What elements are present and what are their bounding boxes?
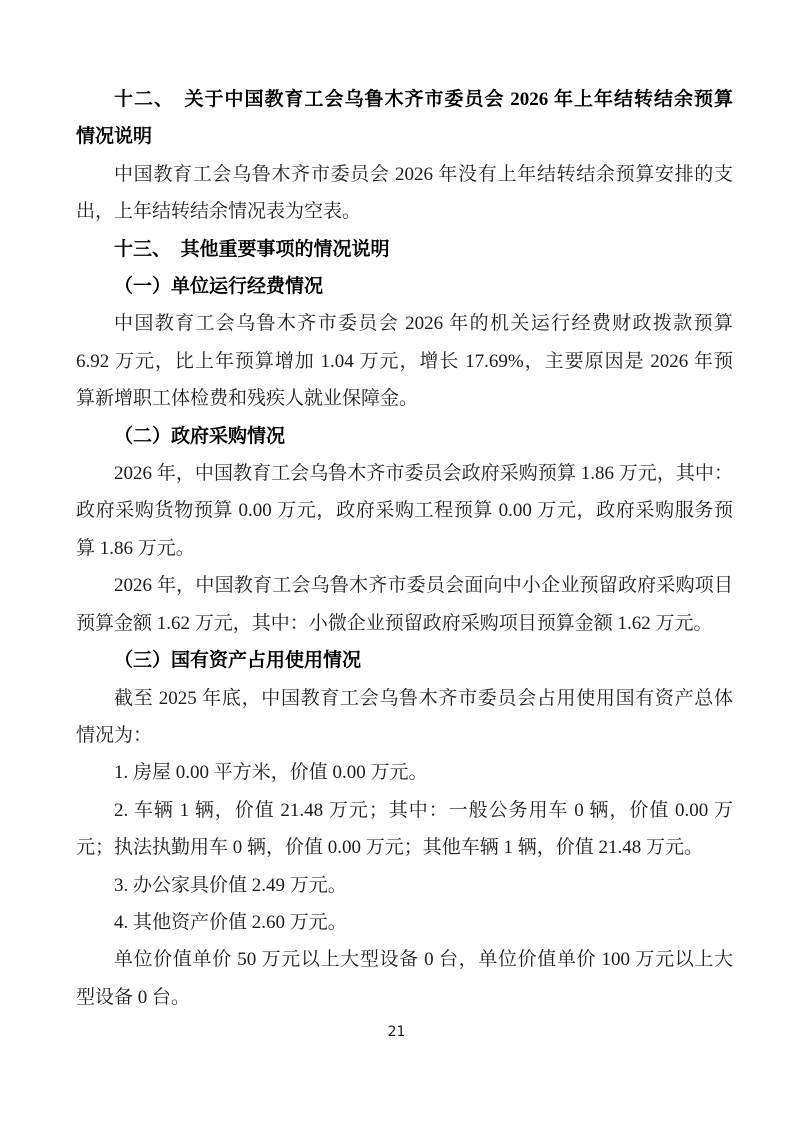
text-line: 4. 其他资产价值 2.60 万元。: [76, 904, 733, 941]
para-sme-reserved-procurement: 2026 年，中国教育工会乌鲁木齐市委员会面向中小企业预留政府采购项目 预算金额…: [76, 567, 733, 642]
text-line: 1. 房屋 0.00 平方米，价值 0.00 万元。: [76, 754, 733, 791]
text-line: 截至 2025 年底，中国教育工会乌鲁木齐市委员会占用使用国有资产总体: [76, 680, 733, 717]
text-line: 情况为：: [76, 717, 733, 754]
text-line: 元；执法执勤用车 0 辆，价值 0.00 万元；其他车辆 1 辆，价值 21.4…: [76, 829, 733, 866]
heading-sub-1-operating-funds: （一）单位运行经费情况: [76, 268, 733, 305]
page-footer: 21: [0, 1023, 793, 1041]
text-line: 中国教育工会乌鲁木齐市委员会 2026 年没有上年结转结余预算安排的支: [76, 156, 733, 193]
text-line: 单位价值单价 50 万元以上大型设备 0 台，单位价值单价 100 万元以上大: [76, 941, 733, 978]
text-line: 十三、 其他重要事项的情况说明: [76, 231, 733, 268]
text-line: 算新增职工体检费和残疾人就业保障金。: [76, 380, 733, 417]
para-gov-procurement-budget: 2026 年，中国教育工会乌鲁木齐市委员会政府采购预算 1.86 万元，其中： …: [76, 455, 733, 567]
para-carryover-statement: 中国教育工会乌鲁木齐市委员会 2026 年没有上年结转结余预算安排的支 出，上年…: [76, 156, 733, 231]
text-line: 政府采购货物预算 0.00 万元，政府采购工程预算 0.00 万元，政府采购服务…: [76, 492, 733, 529]
para-asset-2-vehicles: 2. 车辆 1 辆，价值 21.48 万元；其中：一般公务用车 0 辆，价值 0…: [76, 792, 733, 867]
text-line: （三）国有资产占用使用情况: [76, 642, 733, 679]
text-line: 情况说明: [76, 118, 733, 155]
text-line: （二）政府采购情况: [76, 418, 733, 455]
document-page: 十二、 关于中国教育工会乌鲁木齐市委员会 2026 年上年结转结余预算 情况说明…: [0, 0, 793, 1122]
para-state-assets-overview: 截至 2025 年底，中国教育工会乌鲁木齐市委员会占用使用国有资产总体 情况为：: [76, 680, 733, 755]
para-asset-4-other: 4. 其他资产价值 2.60 万元。: [76, 904, 733, 941]
text-line: 2. 车辆 1 辆，价值 21.48 万元；其中：一般公务用车 0 辆，价值 0…: [76, 792, 733, 829]
text-line: （一）单位运行经费情况: [76, 268, 733, 305]
heading-sub-2-gov-procurement: （二）政府采购情况: [76, 418, 733, 455]
heading-section-13: 十三、 其他重要事项的情况说明: [76, 231, 733, 268]
text-line: 算 1.86 万元。: [76, 530, 733, 567]
para-large-equipment: 单位价值单价 50 万元以上大型设备 0 台，单位价值单价 100 万元以上大 …: [76, 941, 733, 1016]
document-body: 十二、 关于中国教育工会乌鲁木齐市委员会 2026 年上年结转结余预算 情况说明…: [76, 81, 733, 1016]
text-line: 型设备 0 台。: [76, 979, 733, 1016]
text-line: 3. 办公家具价值 2.49 万元。: [76, 867, 733, 904]
para-asset-1-housing: 1. 房屋 0.00 平方米，价值 0.00 万元。: [76, 754, 733, 791]
text-line: 2026 年，中国教育工会乌鲁木齐市委员会面向中小企业预留政府采购项目: [76, 567, 733, 604]
para-asset-3-furniture: 3. 办公家具价值 2.49 万元。: [76, 867, 733, 904]
page-number: 21: [388, 1024, 406, 1040]
heading-section-12: 十二、 关于中国教育工会乌鲁木齐市委员会 2026 年上年结转结余预算 情况说明: [76, 81, 733, 156]
text-line: 6.92 万元，比上年预算增加 1.04 万元，增长 17.69%，主要原因是 …: [76, 343, 733, 380]
text-line: 2026 年，中国教育工会乌鲁木齐市委员会政府采购预算 1.86 万元，其中：: [76, 455, 733, 492]
heading-sub-3-state-assets: （三）国有资产占用使用情况: [76, 642, 733, 679]
text-line: 预算金额 1.62 万元，其中：小微企业预留政府采购项目预算金额 1.62 万元…: [76, 605, 733, 642]
para-operating-funds: 中国教育工会乌鲁木齐市委员会 2026 年的机关运行经费财政拨款预算 6.92 …: [76, 305, 733, 417]
text-line: 出，上年结转结余情况表为空表。: [76, 193, 733, 230]
text-line: 中国教育工会乌鲁木齐市委员会 2026 年的机关运行经费财政拨款预算: [76, 305, 733, 342]
text-line: 十二、 关于中国教育工会乌鲁木齐市委员会 2026 年上年结转结余预算: [76, 81, 733, 118]
